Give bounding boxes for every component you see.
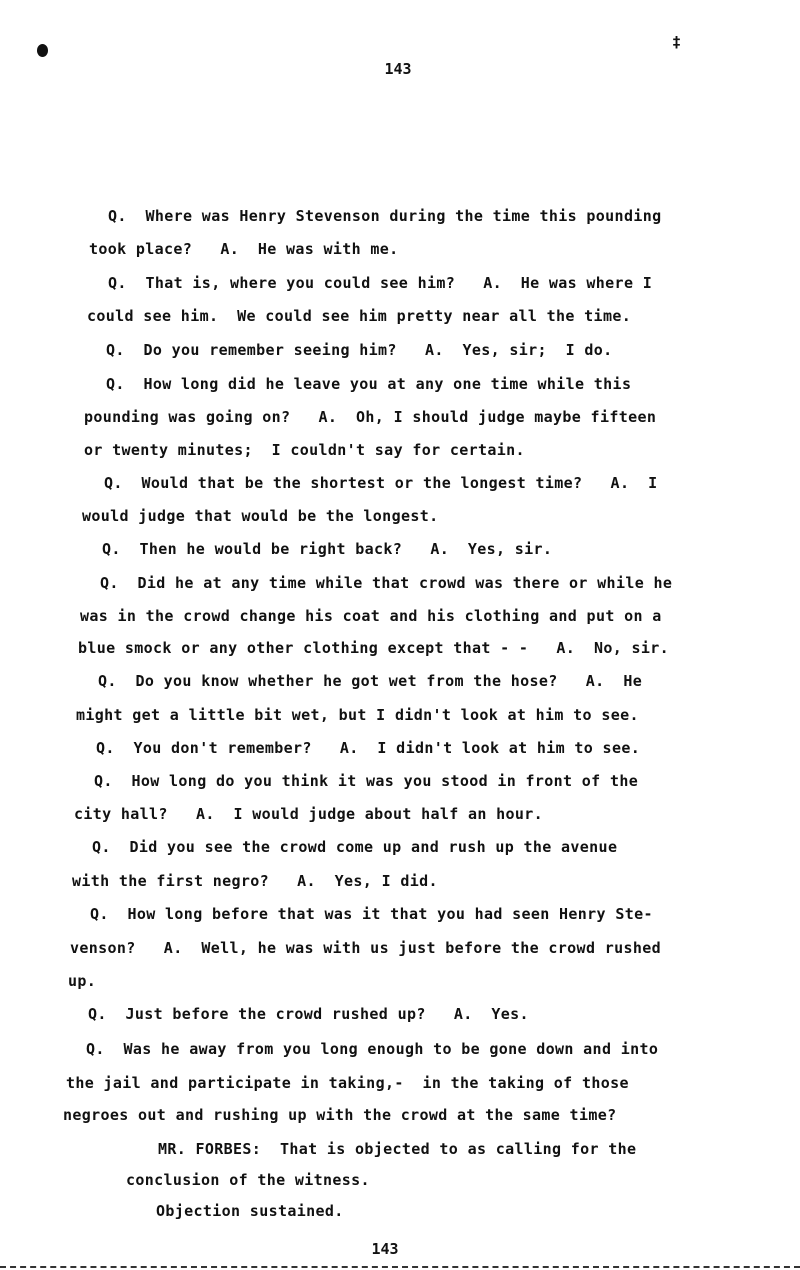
transcript-line: with the first negro? A. Yes, I did.	[72, 872, 438, 890]
transcript-line: conclusion of the witness.	[126, 1171, 370, 1189]
transcript-line: Q. Would that be the shortest or the lon…	[104, 474, 657, 492]
transcript-line: might get a little bit wet, but I didn't…	[76, 706, 639, 724]
punch-hole-mark	[37, 44, 48, 57]
transcript-line: Q. You don't remember? A. I didn't look …	[96, 739, 640, 757]
transcript-line: blue smock or any other clothing except …	[78, 639, 669, 657]
transcript-line: Q. How long do you think it was you stoo…	[94, 772, 638, 790]
transcript-line: Q. Was he away from you long enough to b…	[86, 1040, 658, 1058]
transcript-line: Q. Did you see the crowd come up and rus…	[92, 838, 617, 856]
transcript-page: ‡ 143 Q. Where was Henry Stevenson durin…	[0, 0, 800, 1270]
transcript-line: MR. FORBES: That is objected to as calli…	[158, 1140, 636, 1158]
transcript-line: Q. Then he would be right back? A. Yes, …	[102, 540, 552, 558]
transcript-line: Objection sustained.	[156, 1202, 344, 1220]
transcript-line: took place? A. He was with me.	[89, 240, 399, 258]
transcript-line: the jail and participate in taking,- in …	[66, 1074, 629, 1092]
bottom-edge-rule	[0, 1266, 800, 1268]
transcript-line: city hall? A. I would judge about half a…	[74, 805, 543, 823]
transcript-line: was in the crowd change his coat and his…	[80, 607, 662, 625]
transcript-line: Q. That is, where you could see him? A. …	[108, 274, 652, 292]
transcript-line: Q. Just before the crowd rushed up? A. Y…	[88, 1005, 529, 1023]
transcript-line: pounding was going on? A. Oh, I should j…	[84, 408, 656, 426]
transcript-line: or twenty minutes; I couldn't say for ce…	[84, 441, 525, 459]
transcript-line: Q. How long before that was it that you …	[90, 905, 653, 923]
transcript-line: Q. Do you know whether he got wet from t…	[98, 672, 642, 690]
transcript-line: Q. Did he at any time while that crowd w…	[100, 574, 672, 592]
transcript-line: Q. How long did he leave you at any one …	[106, 375, 631, 393]
transcript-line: Q. Do you remember seeing him? A. Yes, s…	[106, 341, 613, 359]
transcript-line: would judge that would be the longest.	[82, 507, 438, 525]
corner-mark: ‡	[672, 33, 681, 51]
transcript-line: venson? A. Well, he was with us just bef…	[70, 939, 661, 957]
transcript-line: up.	[68, 972, 96, 990]
page-number-bottom: 143	[0, 1240, 785, 1258]
transcript-line: Q. Where was Henry Stevenson during the …	[108, 207, 661, 225]
transcript-line: could see him. We could see him pretty n…	[87, 307, 631, 325]
transcript-line: negroes out and rushing up with the crow…	[63, 1106, 616, 1124]
page-number-top: 143	[0, 60, 798, 78]
